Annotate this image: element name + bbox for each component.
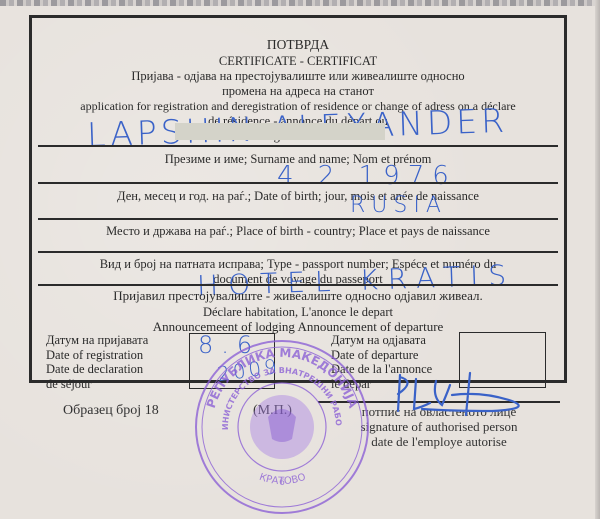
registration-label-fr-2: de séjour <box>46 377 148 392</box>
certificate-paper: ПОТВРДА CERTIFICATE - CERTIFICAT Пријава… <box>0 0 600 519</box>
registration-label-fr: Date de declaration <box>46 362 148 377</box>
signature-scribble-icon <box>370 367 540 427</box>
certificate-frame: ПОТВРДА CERTIFICATE - CERTIFICAT Пријава… <box>29 15 567 383</box>
divider <box>38 284 558 286</box>
form-number: Образец број 18 <box>63 403 159 418</box>
declaration-fr: Déclare habitation, L'anonce le depart <box>32 305 564 319</box>
registration-label-mk: Датум на пријавата <box>46 333 148 348</box>
official-stamp-icon: РЕПУБЛИКА МАКЕДОНИЈА МИНИСТЕРСТВО ЗА ВНА… <box>190 335 375 519</box>
title-en-fr: CERTIFICATE - CERTIFICAT <box>32 54 564 68</box>
perforated-edge <box>0 0 600 6</box>
divider <box>38 218 558 220</box>
divider <box>38 251 558 253</box>
subtitle-mk-1: Пријава - одјава на престојувалиште или … <box>32 69 564 83</box>
field-label-place: Место и држава на раѓ.; Place of birth -… <box>32 224 564 238</box>
handwritten-dob: 4.2.1976 <box>277 161 457 191</box>
registration-label-en: Date of registration <box>46 348 148 363</box>
divider <box>38 182 558 184</box>
handwritten-place: RUSIA <box>350 193 447 218</box>
field-label-dob: Ден, месец и год. на раѓ.; Date of birth… <box>32 189 564 203</box>
divider <box>38 145 558 147</box>
paper-edge <box>595 0 600 519</box>
declaration-mk: Пријавил престојувалиште - живеалиште од… <box>32 289 564 303</box>
subtitle-mk-2: промена на адреса на станот <box>32 84 564 98</box>
redacted-area <box>175 123 385 140</box>
registration-labels: Датум на пријавата Date of registration … <box>46 333 148 391</box>
stamp-number: 6 <box>279 478 285 488</box>
title-mk: ПОТВРДА <box>32 38 564 52</box>
